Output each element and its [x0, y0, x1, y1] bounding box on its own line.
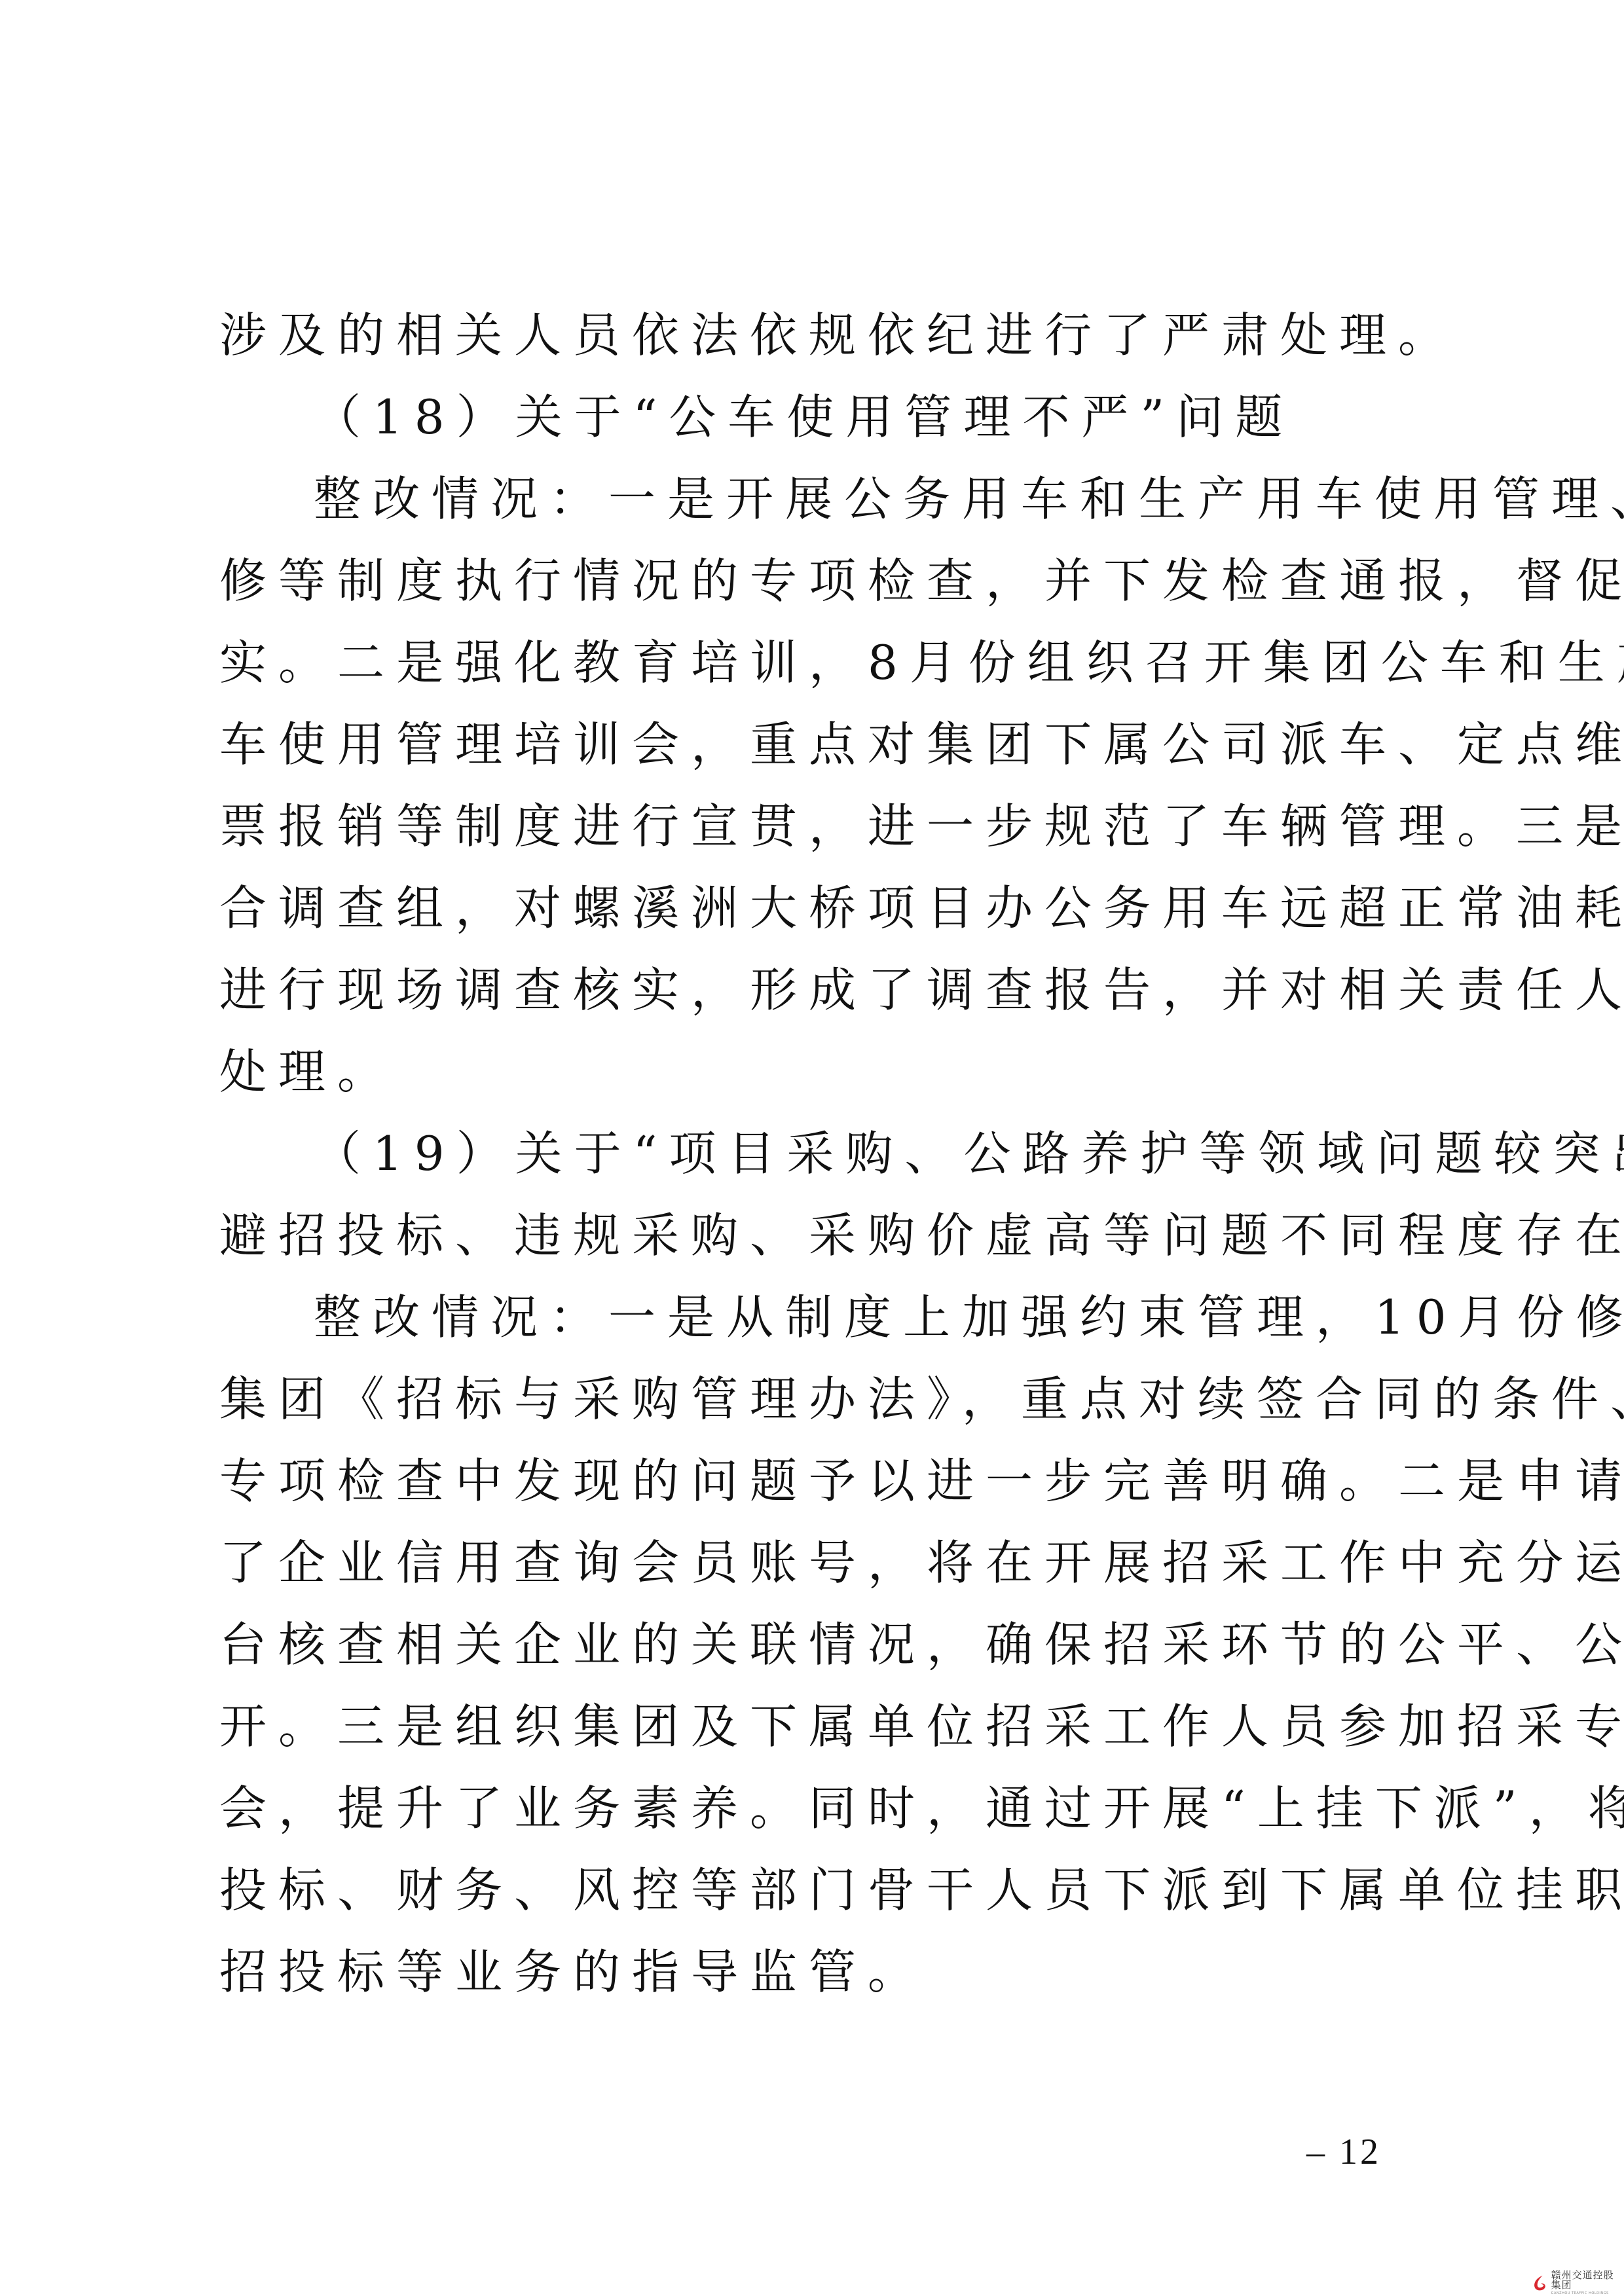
section-heading-19-cont: 避招投标、违规采购、采购价虚高等问题不同程度存在”问题 [219, 1195, 1408, 1277]
body-line: 整改情况：一是开展公务用车和生产用车使用管理、定点维 [219, 458, 1408, 540]
watermark-company-name-en: GANZHOU TRAFFIC HOLDINGS [1551, 2292, 1624, 2295]
section-heading-19: （19）关于“项目采购、公路养护等领域问题较突出，规 [219, 1113, 1408, 1195]
body-line: 了企业信用查询会员账号，将在开展招采工作中充分运用该平 [219, 1522, 1408, 1604]
body-line: 票报销等制度进行宣贯，进一步规范了车辆管理。三是组成联 [219, 786, 1408, 867]
body-line: 投标、财务、风控等部门骨干人员下派到下属单位挂职，加强 [219, 1850, 1408, 1931]
body-line: 专项检查中发现的问题予以进一步完善明确。二是申请并开通 [219, 1440, 1408, 1522]
body-line: 招投标等业务的指导监管。 [219, 1931, 1408, 2013]
section-heading-18: （18）关于“公车使用管理不严”问题 [219, 376, 1408, 458]
body-line: 整改情况：一是从制度上加强约束管理，10月份修订完善了 [219, 1277, 1408, 1358]
body-line: 会，提升了业务素养。同时，通过开展“上挂下派”，将集团招 [219, 1768, 1408, 1850]
body-line: 修等制度执行情况的专项检查，并下发检查通报，督促整改落 [219, 540, 1408, 622]
page-number: – 12 [1306, 2131, 1381, 2173]
document-body: 涉及的相关人员依法依规依纪进行了严肃处理。 （18）关于“公车使用管理不严”问题… [219, 295, 1408, 2013]
body-line: 处理。 [219, 1031, 1408, 1113]
body-line: 实。二是强化教育培训，8月份组织召开集团公车和生产经营用 [219, 622, 1408, 704]
company-logo-icon [1532, 2273, 1547, 2293]
body-line: 集团《招标与采购管理办法》，重点对续签合同的条件、情形及 [219, 1358, 1408, 1440]
watermark: 赣州交通控股集团 GANZHOU TRAFFIC HOLDINGS [1532, 2272, 1624, 2294]
body-line: 合调查组，对螺溪洲大桥项目办公务用车远超正常油耗的问题 [219, 867, 1408, 949]
watermark-company-name: 赣州交通控股集团 [1551, 2270, 1624, 2290]
body-line: 进行现场调查核实，形成了调查报告，并对相关责任人进行了 [219, 949, 1408, 1031]
body-line: 涉及的相关人员依法依规依纪进行了严肃处理。 [219, 295, 1408, 376]
body-line: 台核查相关企业的关联情况，确保招采环节的公平、公正、公 [219, 1604, 1408, 1686]
body-line: 车使用管理培训会，重点对集团下属公司派车、定点维修、发 [219, 704, 1408, 786]
body-line: 开。三是组织集团及下属单位招采工作人员参加招采专题培训 [219, 1686, 1408, 1768]
